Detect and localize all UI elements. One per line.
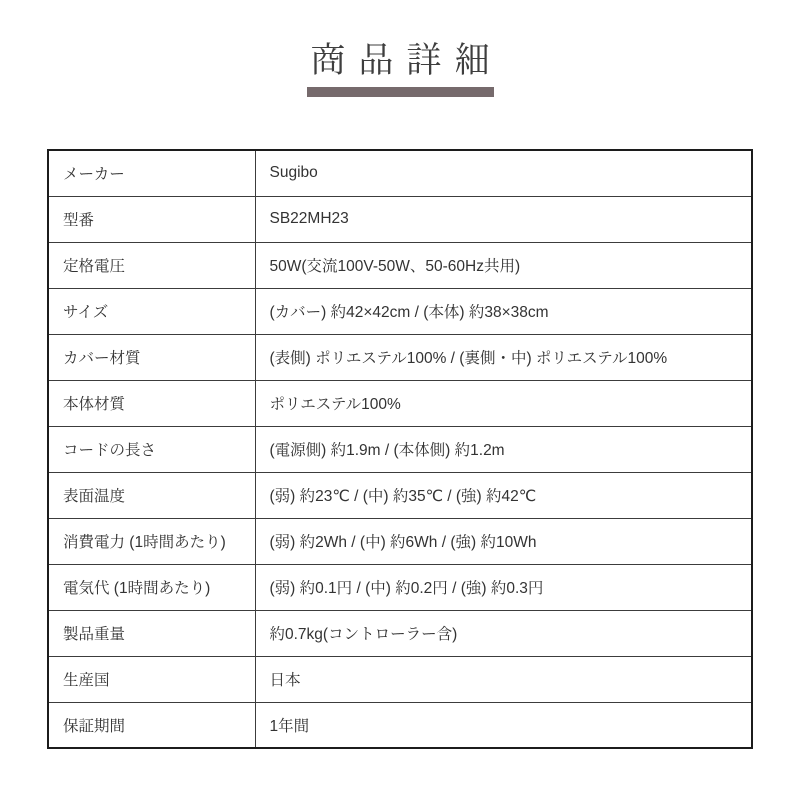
table-row: 製品重量約0.7kg(コントローラー含): [48, 610, 752, 656]
title-underline-bar: [307, 87, 494, 97]
spec-value-cell: Sugibo: [255, 150, 752, 196]
spec-value-cell: (カバー) 約42×42cm / (本体) 約38×38cm: [255, 288, 752, 334]
table-row: 保証期間1年間: [48, 702, 752, 748]
table-row: メーカーSugibo: [48, 150, 752, 196]
spec-label-cell: 型番: [48, 196, 255, 242]
spec-label-cell: コードの長さ: [48, 426, 255, 472]
table-row: 消費電力 (1時間あたり)(弱) 約2Wh / (中) 約6Wh / (強) 約…: [48, 518, 752, 564]
spec-table: メーカーSugibo型番SB22MH23定格電圧50W(交流100V-50W、5…: [47, 149, 753, 749]
page-title: 商品詳細: [297, 40, 502, 82]
table-row: 定格電圧50W(交流100V-50W、50-60Hz共用): [48, 242, 752, 288]
table-row: 生産国日本: [48, 656, 752, 702]
spec-value-cell: (弱) 約0.1円 / (中) 約0.2円 / (強) 約0.3円: [255, 564, 752, 610]
table-row: 本体材質ポリエステル100%: [48, 380, 752, 426]
spec-label-cell: 保証期間: [48, 702, 255, 748]
product-detail-page: 商品詳細 メーカーSugibo型番SB22MH23定格電圧50W(交流100V-…: [0, 0, 800, 800]
table-row: コードの長さ(電源側) 約1.9m / (本体側) 約1.2m: [48, 426, 752, 472]
spec-value-cell: 1年間: [255, 702, 752, 748]
spec-value-cell: ポリエステル100%: [255, 380, 752, 426]
spec-value-cell: (弱) 約2Wh / (中) 約6Wh / (強) 約10Wh: [255, 518, 752, 564]
spec-value-cell: (弱) 約23℃ / (中) 約35℃ / (強) 約42℃: [255, 472, 752, 518]
spec-label-cell: サイズ: [48, 288, 255, 334]
spec-value-cell: SB22MH23: [255, 196, 752, 242]
spec-label-cell: 定格電圧: [48, 242, 255, 288]
spec-label-cell: 本体材質: [48, 380, 255, 426]
spec-value-cell: (表側) ポリエステル100% / (裏側・中) ポリエステル100%: [255, 334, 752, 380]
table-row: カバー材質(表側) ポリエステル100% / (裏側・中) ポリエステル100%: [48, 334, 752, 380]
table-row: 型番SB22MH23: [48, 196, 752, 242]
spec-value-cell: (電源側) 約1.9m / (本体側) 約1.2m: [255, 426, 752, 472]
table-row: 表面温度(弱) 約23℃ / (中) 約35℃ / (強) 約42℃: [48, 472, 752, 518]
spec-label-cell: 表面温度: [48, 472, 255, 518]
spec-label-cell: メーカー: [48, 150, 255, 196]
spec-value-cell: 約0.7kg(コントローラー含): [255, 610, 752, 656]
spec-label-cell: 電気代 (1時間あたり): [48, 564, 255, 610]
spec-table-body: メーカーSugibo型番SB22MH23定格電圧50W(交流100V-50W、5…: [48, 150, 752, 748]
spec-label-cell: 製品重量: [48, 610, 255, 656]
spec-value-cell: 日本: [255, 656, 752, 702]
spec-value-cell: 50W(交流100V-50W、50-60Hz共用): [255, 242, 752, 288]
spec-label-cell: 消費電力 (1時間あたり): [48, 518, 255, 564]
table-row: サイズ(カバー) 約42×42cm / (本体) 約38×38cm: [48, 288, 752, 334]
spec-label-cell: 生産国: [48, 656, 255, 702]
title-section: 商品詳細: [0, 0, 800, 97]
spec-label-cell: カバー材質: [48, 334, 255, 380]
table-row: 電気代 (1時間あたり)(弱) 約0.1円 / (中) 約0.2円 / (強) …: [48, 564, 752, 610]
